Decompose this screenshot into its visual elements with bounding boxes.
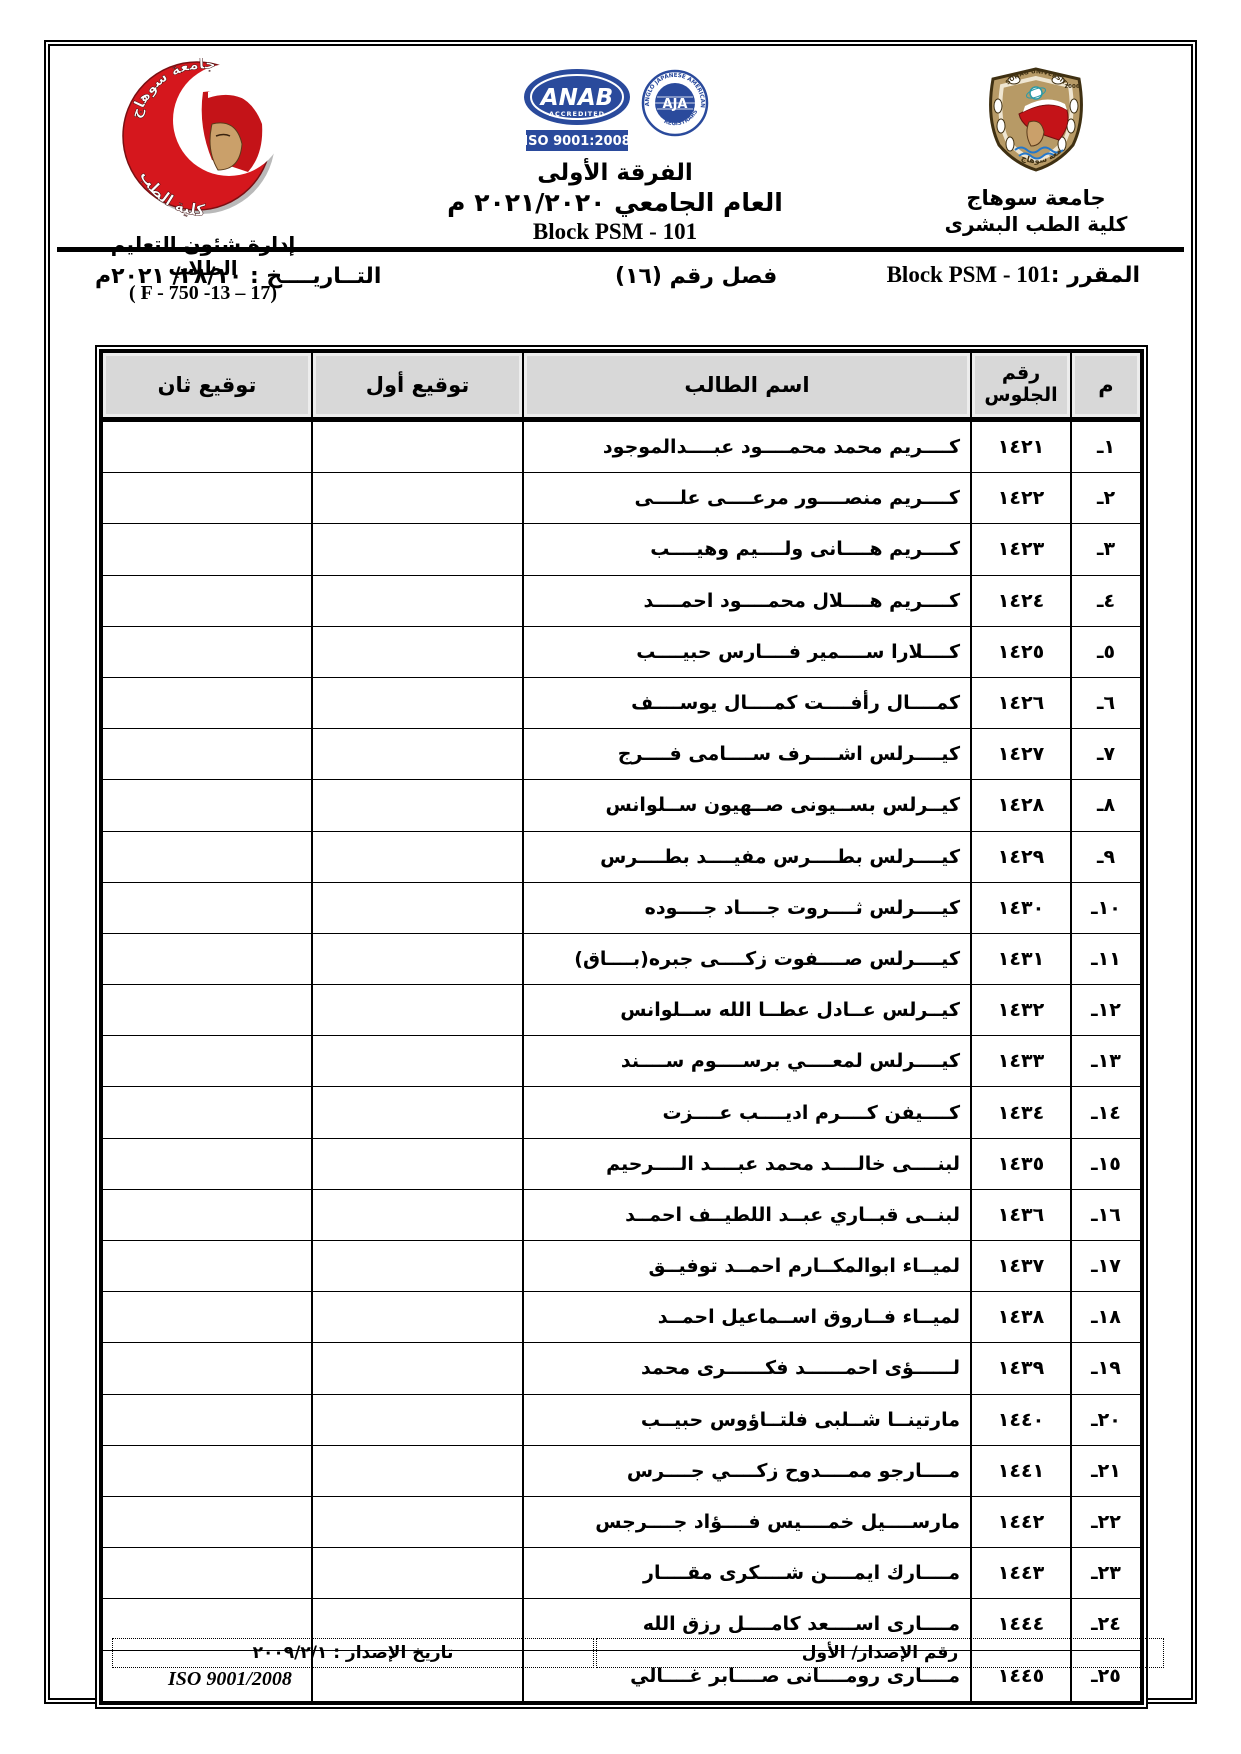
second-signature-cell bbox=[101, 473, 312, 524]
table-row: ١٢ـ١٤٣٢كيــرلس عــادل عطــا الله ســلوان… bbox=[101, 985, 1142, 1036]
first-signature-cell bbox=[312, 1496, 523, 1547]
student-name-cell: كيــــرلس بطــــرس مفيــــد بطــــرس bbox=[523, 831, 971, 882]
seat-number-cell: ١٤٣٣ bbox=[971, 1036, 1071, 1087]
table-row: ١٣ـ١٤٣٣كيــــرلس لمعــــي برســــوم ســـ… bbox=[101, 1036, 1142, 1087]
table-row: ١٦ـ١٤٣٦لبنــى قبــاري عبــد اللطيــف احم… bbox=[101, 1189, 1142, 1240]
seat-number-cell: ١٤٢٢ bbox=[971, 473, 1071, 524]
anab-text: ANAB bbox=[539, 85, 613, 111]
student-name-cell: لبنــــى خالــــد محمد عبــــد الــــرحي… bbox=[523, 1138, 971, 1189]
row-number-cell: ١٦ـ bbox=[1071, 1189, 1142, 1240]
seat-number-cell: ١٤٢٥ bbox=[971, 626, 1071, 677]
row-number-cell: ٧ـ bbox=[1071, 729, 1142, 780]
student-name-cell: كيــــرلس اشــــرف ســــامى فــــرج bbox=[523, 729, 971, 780]
document-page: جامعة سوهاج كلية الطب إدارة شئون التعليم… bbox=[0, 0, 1241, 1754]
row-number-cell: ١٠ـ bbox=[1071, 882, 1142, 933]
student-name-cell: لبنــى قبــاري عبــد اللطيــف احمــد bbox=[523, 1189, 971, 1240]
table-row: ١٩ـ١٤٣٩لــــــؤى احمــــــد فكــــــرى م… bbox=[101, 1343, 1142, 1394]
row-number-cell: ٩ـ bbox=[1071, 831, 1142, 882]
second-signature-cell bbox=[101, 420, 312, 473]
table-row: ٨ـ١٤٢٨كيــرلس بســيونى صــهيون ســلوانس bbox=[101, 780, 1142, 831]
row-number-cell: ٨ـ bbox=[1071, 780, 1142, 831]
course-code: Block PSM - 101 bbox=[887, 262, 1051, 287]
second-signature-cell bbox=[101, 1138, 312, 1189]
first-signature-cell bbox=[312, 1036, 523, 1087]
table-row: ٧ـ١٤٢٧كيــــرلس اشــــرف ســــامى فــــر… bbox=[101, 729, 1142, 780]
row-number-cell: ١ـ bbox=[1071, 420, 1142, 473]
seat-number-cell: ١٤٢١ bbox=[971, 420, 1071, 473]
second-signature-cell bbox=[101, 1445, 312, 1496]
first-signature-cell bbox=[312, 882, 523, 933]
info-row: المقرر :Block PSM - 101 فصل رقم (١٦) الت… bbox=[57, 262, 1184, 302]
row-number-cell: ١٣ـ bbox=[1071, 1036, 1142, 1087]
row-number-cell: ٢٣ـ bbox=[1071, 1548, 1142, 1599]
student-name-cell: كيــــرلس صــــفوت زكــــى جبره(بــــاق) bbox=[523, 933, 971, 984]
block-course-title: Block PSM - 101 bbox=[420, 219, 810, 245]
sohag-university-shield-logo: SOHAG UNIVERSITY 2006 جامعة سوهاج bbox=[977, 66, 1095, 174]
seat-number-cell: ١٤٤١ bbox=[971, 1445, 1071, 1496]
students-tbody: ١ـ١٤٢١كــــريم محمد محمــــود عبــــدالم… bbox=[101, 420, 1142, 1703]
student-name-cell: لــــــؤى احمــــــد فكــــــرى محمد bbox=[523, 1343, 971, 1394]
second-signature-cell bbox=[101, 1496, 312, 1547]
row-number-cell: ١٧ـ bbox=[1071, 1241, 1142, 1292]
certification-logos: ANAB ACCREDITED ISO 9001:2008 AJA ANGLO … bbox=[420, 66, 810, 156]
first-signature-cell bbox=[312, 473, 523, 524]
student-name-cell: مــــارجو ممــــدوح زكــــي جــــرس bbox=[523, 1445, 971, 1496]
second-signature-cell bbox=[101, 1036, 312, 1087]
row-number-cell: ١٩ـ bbox=[1071, 1343, 1142, 1394]
seat-number-cell: ١٤٣٤ bbox=[971, 1087, 1071, 1138]
iso-9001-text: ISO 9001:2008 bbox=[523, 134, 630, 149]
student-name-cell: لميــاء ابوالمكــارم احمــد توفيــق bbox=[523, 1241, 971, 1292]
seat-number-cell: ١٤٣٥ bbox=[971, 1138, 1071, 1189]
second-signature-cell bbox=[101, 1394, 312, 1445]
seat-number-cell: ١٤٣٦ bbox=[971, 1189, 1071, 1240]
university-name: جامعة سوهاج bbox=[930, 186, 1142, 210]
seat-number-cell: ١٤٢٦ bbox=[971, 677, 1071, 728]
seat-number-cell: ١٤٤٠ bbox=[971, 1394, 1071, 1445]
seat-number-cell: ١٤٤٣ bbox=[971, 1548, 1071, 1599]
table-header-row: م رقم الجلوس اسم الطالب توقيع أول توقيع … bbox=[101, 351, 1142, 420]
row-number-cell: ١٨ـ bbox=[1071, 1292, 1142, 1343]
first-signature-cell bbox=[312, 1189, 523, 1240]
first-signature-cell bbox=[312, 1138, 523, 1189]
student-name-cell: كــــيفن كــــرم اديــــب عــــزت bbox=[523, 1087, 971, 1138]
first-signature-cell bbox=[312, 1394, 523, 1445]
table-row: ٢١ـ١٤٤١مــــارجو ممــــدوح زكــــي جــــ… bbox=[101, 1445, 1142, 1496]
second-signature-cell bbox=[101, 1241, 312, 1292]
student-name-cell: كيــرلس عــادل عطــا الله ســلوانس bbox=[523, 985, 971, 1036]
second-signature-cell bbox=[101, 1292, 312, 1343]
first-signature-cell bbox=[312, 524, 523, 575]
first-signature-cell bbox=[312, 677, 523, 728]
col-header-seat-number: رقم الجلوس bbox=[971, 351, 1071, 420]
seat-number-cell: ١٤٣٨ bbox=[971, 1292, 1071, 1343]
aja-text: AJA bbox=[663, 97, 688, 112]
header-divider-rule bbox=[57, 247, 1184, 252]
first-signature-cell bbox=[312, 626, 523, 677]
first-signature-cell bbox=[312, 985, 523, 1036]
seat-number-cell: ١٤٢٧ bbox=[971, 729, 1071, 780]
first-signature-cell bbox=[312, 1292, 523, 1343]
second-signature-cell bbox=[101, 626, 312, 677]
row-number-cell: ٢١ـ bbox=[1071, 1445, 1142, 1496]
student-name-cell: كيــرلس بســيونى صــهيون ســلوانس bbox=[523, 780, 971, 831]
grade-title: الفرقة الأولى bbox=[420, 160, 810, 186]
student-name-cell: لميــاء فــاروق اســماعيل احمــد bbox=[523, 1292, 971, 1343]
students-table-wrap: م رقم الجلوس اسم الطالب توقيع أول توقيع … bbox=[95, 345, 1148, 1709]
second-signature-cell bbox=[101, 985, 312, 1036]
row-number-cell: ١٢ـ bbox=[1071, 985, 1142, 1036]
first-signature-cell bbox=[312, 729, 523, 780]
row-number-cell: ٣ـ bbox=[1071, 524, 1142, 575]
second-signature-cell bbox=[101, 1189, 312, 1240]
iso-standard-text: ISO 9001/2008 bbox=[168, 1668, 388, 1691]
table-row: ٦ـ١٤٢٦كمــــال رأفــــت كمــــال يوســــ… bbox=[101, 677, 1142, 728]
row-number-cell: ٥ـ bbox=[1071, 626, 1142, 677]
row-number-cell: ١٤ـ bbox=[1071, 1087, 1142, 1138]
student-name-cell: مارتينــا شــلبى فلتــاؤوس حبيــب bbox=[523, 1394, 971, 1445]
shield-year-text: 2006 bbox=[1064, 84, 1079, 90]
row-number-cell: ١١ـ bbox=[1071, 933, 1142, 984]
seat-number-cell: ١٤٢٩ bbox=[971, 831, 1071, 882]
table-row: ٢ـ١٤٢٢كــــريم منصــــور مرعــــى علــــ… bbox=[101, 473, 1142, 524]
row-number-cell: ١٥ـ bbox=[1071, 1138, 1142, 1189]
table-row: ٢٢ـ١٤٤٢مارســــيل خمــــيس فــــؤاد جـــ… bbox=[101, 1496, 1142, 1547]
table-row: ١٤ـ١٤٣٤كــــيفن كــــرم اديــــب عــــزت bbox=[101, 1087, 1142, 1138]
academic-year-title: العام الجامعي ٢٠٢١/٢٠٢٠ م bbox=[420, 188, 810, 217]
first-signature-cell bbox=[312, 933, 523, 984]
second-signature-cell bbox=[101, 780, 312, 831]
student-name-cell: مارســــيل خمــــيس فــــؤاد جــــرجس bbox=[523, 1496, 971, 1547]
second-signature-cell bbox=[101, 933, 312, 984]
student-name-cell: كمــــال رأفــــت كمــــال يوســــف bbox=[523, 677, 971, 728]
anab-accredited-text: ACCREDITED bbox=[549, 110, 605, 118]
seat-number-cell: ١٤٢٨ bbox=[971, 780, 1071, 831]
header-center-block: ANAB ACCREDITED ISO 9001:2008 AJA ANGLO … bbox=[420, 66, 810, 245]
sohag-medicine-crescent-logo: جامعة سوهاج كلية الطب bbox=[108, 58, 298, 218]
first-signature-cell bbox=[312, 575, 523, 626]
seat-number-cell: ١٤٣١ bbox=[971, 933, 1071, 984]
first-signature-cell bbox=[312, 1241, 523, 1292]
table-row: ١٨ـ١٤٣٨لميــاء فــاروق اســماعيل احمــد bbox=[101, 1292, 1142, 1343]
section-number: فصل رقم (١٦) bbox=[615, 264, 777, 289]
issue-number-box: رقم الإصدار/ الأول bbox=[596, 1638, 1164, 1668]
col-header-first-signature: توقيع أول bbox=[312, 351, 523, 420]
first-signature-cell bbox=[312, 780, 523, 831]
table-row: ١٠ـ١٤٣٠كيــــرلس ثــــروت جــــاد جــــو… bbox=[101, 882, 1142, 933]
student-name-cell: كــــريم هــــلال محمــــود احمــــد bbox=[523, 575, 971, 626]
col-header-number: م bbox=[1071, 351, 1142, 420]
seat-number-cell: ١٤٤٢ bbox=[971, 1496, 1071, 1547]
table-row: ١١ـ١٤٣١كيــــرلس صــــفوت زكــــى جبره(ب… bbox=[101, 933, 1142, 984]
second-signature-cell bbox=[101, 831, 312, 882]
first-signature-cell bbox=[312, 1087, 523, 1138]
table-row: ٢٣ـ١٤٤٣مــــارك ايمــــن شــــكرى مقــــ… bbox=[101, 1548, 1142, 1599]
second-signature-cell bbox=[101, 1343, 312, 1394]
header-right-block: SOHAG UNIVERSITY 2006 جامعة سوهاج جامعة … bbox=[930, 66, 1142, 236]
row-number-cell: ٢٢ـ bbox=[1071, 1496, 1142, 1547]
course-label: المقرر : bbox=[1051, 263, 1140, 288]
table-row: ٥ـ١٤٢٥كــــلارا ســــمير فــــارس حبيـــ… bbox=[101, 626, 1142, 677]
table-row: ١٧ـ١٤٣٧لميــاء ابوالمكــارم احمــد توفيـ… bbox=[101, 1241, 1142, 1292]
seat-number-cell: ١٤٣٩ bbox=[971, 1343, 1071, 1394]
anab-iso-logo: ANAB ACCREDITED ISO 9001:2008 bbox=[519, 66, 637, 156]
first-signature-cell bbox=[312, 1548, 523, 1599]
row-number-cell: ٤ـ bbox=[1071, 575, 1142, 626]
col-header-second-signature: توقيع ثان bbox=[101, 351, 312, 420]
second-signature-cell bbox=[101, 882, 312, 933]
student-name-cell: كيــــرلس لمعــــي برســــوم ســــند bbox=[523, 1036, 971, 1087]
second-signature-cell bbox=[101, 1087, 312, 1138]
student-name-cell: مــــارك ايمــــن شــــكرى مقــــار bbox=[523, 1548, 971, 1599]
seat-number-cell: ١٤٢٤ bbox=[971, 575, 1071, 626]
col-header-student-name: اسم الطالب bbox=[523, 351, 971, 420]
seat-number-cell: ١٤٣٠ bbox=[971, 882, 1071, 933]
student-name-cell: كــــريم هــــانى ولــــيم وهيــــب bbox=[523, 524, 971, 575]
table-row: ٢٠ـ١٤٤٠مارتينــا شــلبى فلتــاؤوس حبيــب bbox=[101, 1394, 1142, 1445]
seat-number-cell: ١٤٢٣ bbox=[971, 524, 1071, 575]
second-signature-cell bbox=[101, 1548, 312, 1599]
issue-date-box: تاريخ الإصدار : ٢٠٠٩/٢/١ bbox=[112, 1638, 594, 1668]
first-signature-cell bbox=[312, 420, 523, 473]
student-name-cell: كــــريم محمد محمــــود عبــــدالموجود bbox=[523, 420, 971, 473]
table-row: ٣ـ١٤٢٣كــــريم هــــانى ولــــيم وهيــــ… bbox=[101, 524, 1142, 575]
second-signature-cell bbox=[101, 524, 312, 575]
seat-number-cell: ١٤٣٢ bbox=[971, 985, 1071, 1036]
seat-number-cell: ١٤٣٧ bbox=[971, 1241, 1071, 1292]
course-line: المقرر :Block PSM - 101 bbox=[887, 262, 1140, 288]
first-signature-cell bbox=[312, 831, 523, 882]
row-number-cell: ٢ـ bbox=[1071, 473, 1142, 524]
faculty-name: كلية الطب البشرى bbox=[930, 212, 1142, 236]
date-line: التــاريــــخ : ٢٨/١٠/ ٢٠٢١م bbox=[95, 264, 381, 289]
second-signature-cell bbox=[101, 575, 312, 626]
table-row: ٩ـ١٤٢٩كيــــرلس بطــــرس مفيــــد بطــــ… bbox=[101, 831, 1142, 882]
student-name-cell: كــــريم منصــــور مرعــــى علــــى bbox=[523, 473, 971, 524]
aja-registrars-logo: AJA ANGLO JAPANESE AMERICAN REGISTRARS bbox=[639, 66, 711, 140]
second-signature-cell bbox=[101, 677, 312, 728]
table-row: ٤ـ١٤٢٤كــــريم هــــلال محمــــود احمـــ… bbox=[101, 575, 1142, 626]
issue-number-text: رقم الإصدار/ الأول bbox=[802, 1643, 958, 1663]
student-name-cell: كيــــرلس ثــــروت جــــاد جــــوده bbox=[523, 882, 971, 933]
second-signature-cell bbox=[101, 729, 312, 780]
first-signature-cell bbox=[312, 1445, 523, 1496]
student-name-cell: كــــلارا ســــمير فــــارس حبيــــب bbox=[523, 626, 971, 677]
first-signature-cell bbox=[312, 1343, 523, 1394]
issue-date-text: تاريخ الإصدار : ٢٠٠٩/٢/١ bbox=[253, 1643, 454, 1663]
table-row: ١٥ـ١٤٣٥لبنــــى خالــــد محمد عبــــد ال… bbox=[101, 1138, 1142, 1189]
table-row: ١ـ١٤٢١كــــريم محمد محمــــود عبــــدالم… bbox=[101, 420, 1142, 473]
students-table: م رقم الجلوس اسم الطالب توقيع أول توقيع … bbox=[99, 349, 1144, 1705]
row-number-cell: ٢٠ـ bbox=[1071, 1394, 1142, 1445]
row-number-cell: ٦ـ bbox=[1071, 677, 1142, 728]
